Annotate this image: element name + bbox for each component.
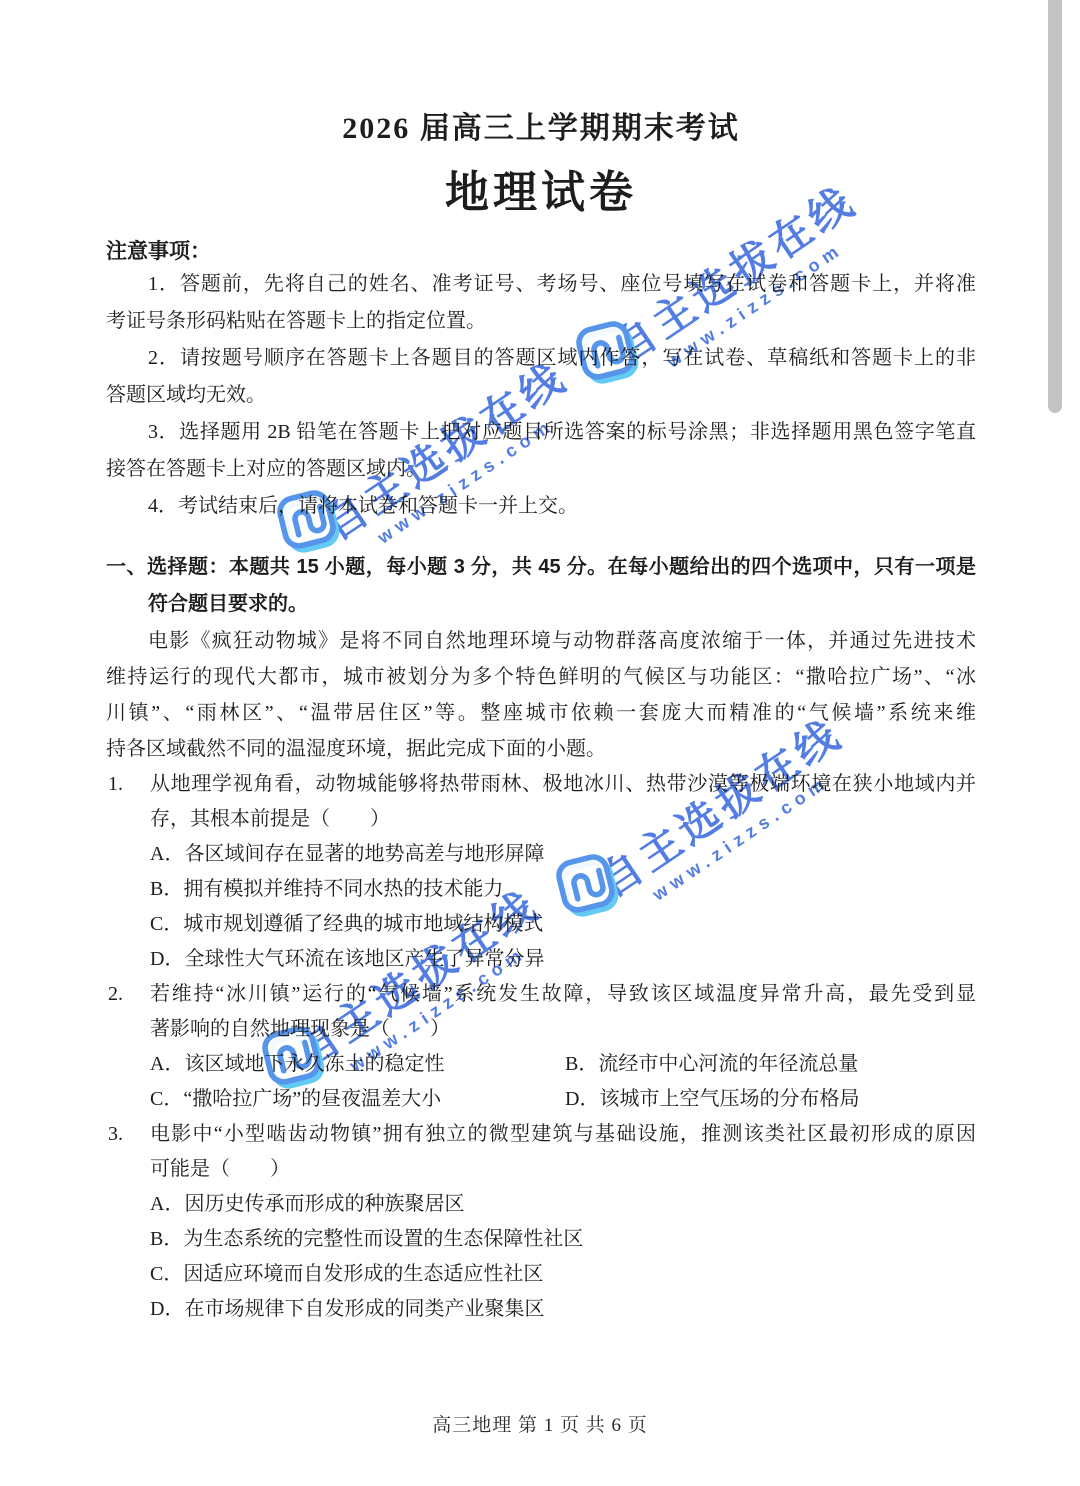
question-stem-line: 电影中“小型啮齿动物镇”拥有独立的微型建筑与基础设施，推测该类社区最初形成的原因: [150, 1117, 976, 1152]
question-number: 3.: [108, 1117, 123, 1152]
notice-item-2: 2．请按题号顺序在答题卡上各题目的答题区域内作答，写在试卷、草稿纸和答题卡上的非…: [106, 340, 976, 414]
notice-line: 答题区域均无效。: [106, 377, 976, 414]
section-heading-line: 符合题目要求的。: [106, 586, 976, 623]
option-c: C．城市规划遵循了经典的城市地域结构模式: [150, 907, 976, 942]
notice-item-3: 3．选择题用 2B 铅笔在答题卡上把对应题目所选答案的标号涂黑；非选择题用黑色签…: [106, 414, 976, 488]
scrollbar-thumb[interactable]: [1048, 0, 1062, 413]
page-footer: 高三地理 第 1 页 共 6 页: [0, 1410, 1080, 1437]
stimulus-line: 电影《疯狂动物城》是将不同自然地理环境与动物群落高度浓缩于一体，并通过先进技术: [106, 623, 976, 659]
question-stem-line: 可能是（ ）: [150, 1152, 976, 1187]
question-stem-line: 著影响的自然地理现象是（ ）: [150, 1012, 976, 1047]
option-b: B．流经市中心河流的年径流总量: [565, 1047, 976, 1082]
question-number: 2.: [108, 977, 123, 1012]
subject-title: 地理试卷: [106, 168, 976, 218]
stimulus-line: 持各区域截然不同的温湿度环境，据此完成下面的小题。: [106, 731, 976, 767]
notice-line: 考证号条形码粘贴在答题卡上的指定位置。: [106, 303, 976, 340]
question-2: 2. 若维持“冰川镇”运行的“气候墙”系统发生故障，导致该区域温度异常升高，最先…: [106, 977, 976, 1117]
section-heading-line: 一、选择题：本题共 15 小题，每小题 3 分，共 45 分。在每小题给出的四个…: [106, 549, 976, 586]
option-a: A．各区域间存在显著的地势高差与地形屏障: [150, 837, 976, 872]
option-grid: A．该区域地下永久冻土的稳定性 B．流经市中心河流的年径流总量 C．“撒哈拉广场…: [150, 1047, 976, 1117]
question-stem-line: 若维持“冰川镇”运行的“气候墙”系统发生故障，导致该区域温度异常升高，最先受到显: [150, 977, 976, 1012]
document-content: 2026 届高三上学期期末考试 地理试卷 注意事项： 1．答题前，先将自己的姓名…: [106, 112, 976, 1327]
notice-line: 2．请按题号顺序在答题卡上各题目的答题区域内作答，写在试卷、草稿纸和答题卡上的非: [106, 340, 976, 377]
option-b: B．为生态系统的完整性而设置的生态保障性社区: [150, 1222, 976, 1257]
option-c: C．因适应环境而自发形成的生态适应性社区: [150, 1257, 976, 1292]
exam-title: 2026 届高三上学期期末考试: [106, 112, 976, 146]
notice-line: 4．考试结束后，请将本试卷和答题卡一并上交。: [106, 488, 976, 525]
notice-item-1: 1．答题前，先将自己的姓名、准考证号、考场号、座位号填写在试卷和答题卡上，并将准…: [106, 266, 976, 340]
option-d: D．在市场规律下自发形成的同类产业聚集区: [150, 1292, 976, 1327]
question-number: 1.: [108, 767, 123, 802]
notice-line: 1．答题前，先将自己的姓名、准考证号、考场号、座位号填写在试卷和答题卡上，并将准: [106, 266, 976, 303]
option-c: C．“撒哈拉广场”的昼夜温差大小: [150, 1082, 565, 1117]
notice-line: 接答在答题卡上对应的答题区域内。: [106, 451, 976, 488]
option-a: A．因历史传承而形成的种族聚居区: [150, 1187, 976, 1222]
notice-heading: 注意事项：: [106, 238, 976, 266]
question-stem-line: 从地理学视角看，动物城能够将热带雨林、极地冰川、热带沙漠等极端环境在狭小地域内并: [150, 767, 976, 802]
option-a: A．该区域地下永久冻土的稳定性: [150, 1047, 565, 1082]
option-d: D．全球性大气环流在该地区产生了异常分异: [150, 942, 976, 977]
section-heading: 一、选择题：本题共 15 小题，每小题 3 分，共 45 分。在每小题给出的四个…: [106, 549, 976, 623]
question-1: 1. 从地理学视角看，动物城能够将热带雨林、极地冰川、热带沙漠等极端环境在狭小地…: [106, 767, 976, 977]
question-3: 3. 电影中“小型啮齿动物镇”拥有独立的微型建筑与基础设施，推测该类社区最初形成…: [106, 1117, 976, 1327]
question-stem-line: 存，其根本前提是（ ）: [150, 802, 976, 837]
stimulus-line: 川镇”、“雨林区”、“温带居住区”等。整座城市依赖一套庞大而精准的“气候墙”系统…: [106, 695, 976, 731]
stimulus-line: 维持运行的现代大都市，城市被划分为多个特色鲜明的气候区与功能区：“撒哈拉广场”、…: [106, 659, 976, 695]
exam-page: 自主选拔在线 www.zizzs.com 自主选拔在线 www.zizzs.co…: [0, 0, 1080, 1486]
option-b: B．拥有模拟并维持不同水热的技术能力: [150, 872, 976, 907]
option-d: D．该城市上空气压场的分布格局: [565, 1082, 976, 1117]
stimulus-paragraph: 电影《疯狂动物城》是将不同自然地理环境与动物群落高度浓缩于一体，并通过先进技术 …: [106, 623, 976, 767]
notice-item-4: 4．考试结束后，请将本试卷和答题卡一并上交。: [106, 488, 976, 525]
notice-line: 3．选择题用 2B 铅笔在答题卡上把对应题目所选答案的标号涂黑；非选择题用黑色签…: [106, 414, 976, 451]
